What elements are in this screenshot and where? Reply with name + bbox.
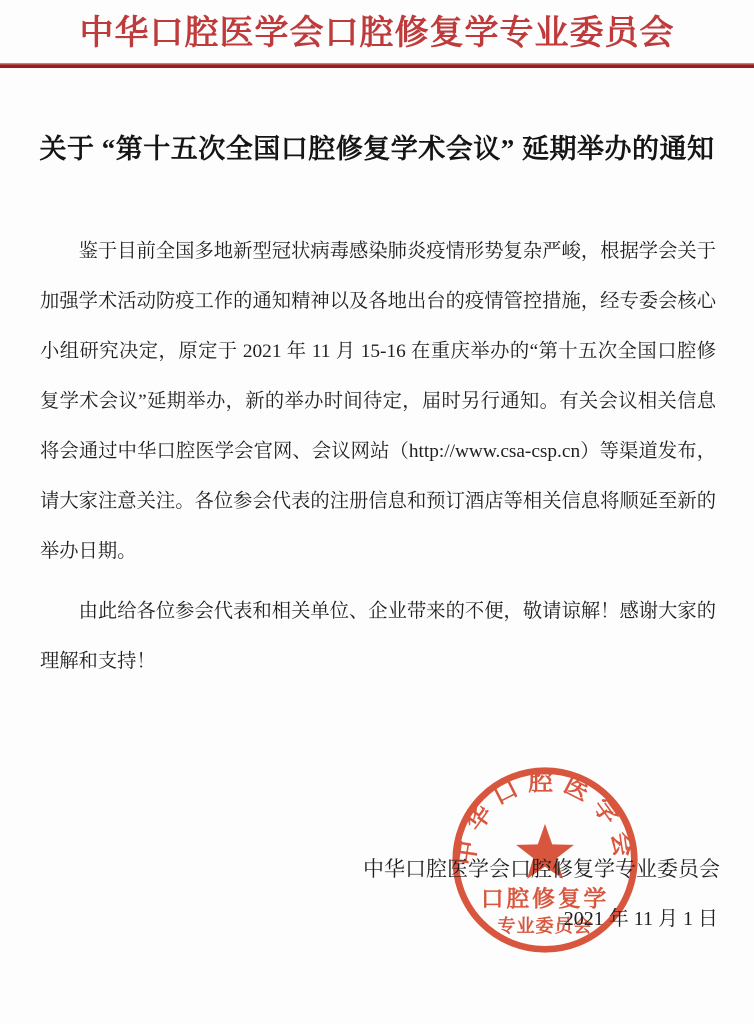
org-header-title: 中华口腔医学会口腔修复学专业委员会 (0, 5, 754, 54)
header-divider-rule (0, 63, 754, 68)
notice-title: 关于 “第十五次全国口腔修复学术会议” 延期举办的通知 (0, 127, 754, 166)
paragraph-apology: 由此给各位参会代表和相关单位、企业带来的不便，敬请谅解！感谢大家的理解和支持！ (40, 587, 716, 687)
signature-org: 中华口腔医学会口腔修复学专业委员会 (363, 853, 720, 883)
notice-body: 鉴于目前全国多地新型冠状病毒感染肺炎疫情形势复杂严峻，根据学会关于加强学术活动防… (40, 227, 716, 687)
notice-date: 2021 年 11 月 1 日 (564, 902, 718, 931)
paragraph-postponement-details: 鉴于目前全国多地新型冠状病毒感染肺炎疫情形势复杂严峻，根据学会关于加强学术活动防… (40, 227, 716, 577)
notice-page: 中华口腔医学会口腔修复学专业委员会 关于 “第十五次全国口腔修复学术会议” 延期… (0, 0, 754, 1024)
